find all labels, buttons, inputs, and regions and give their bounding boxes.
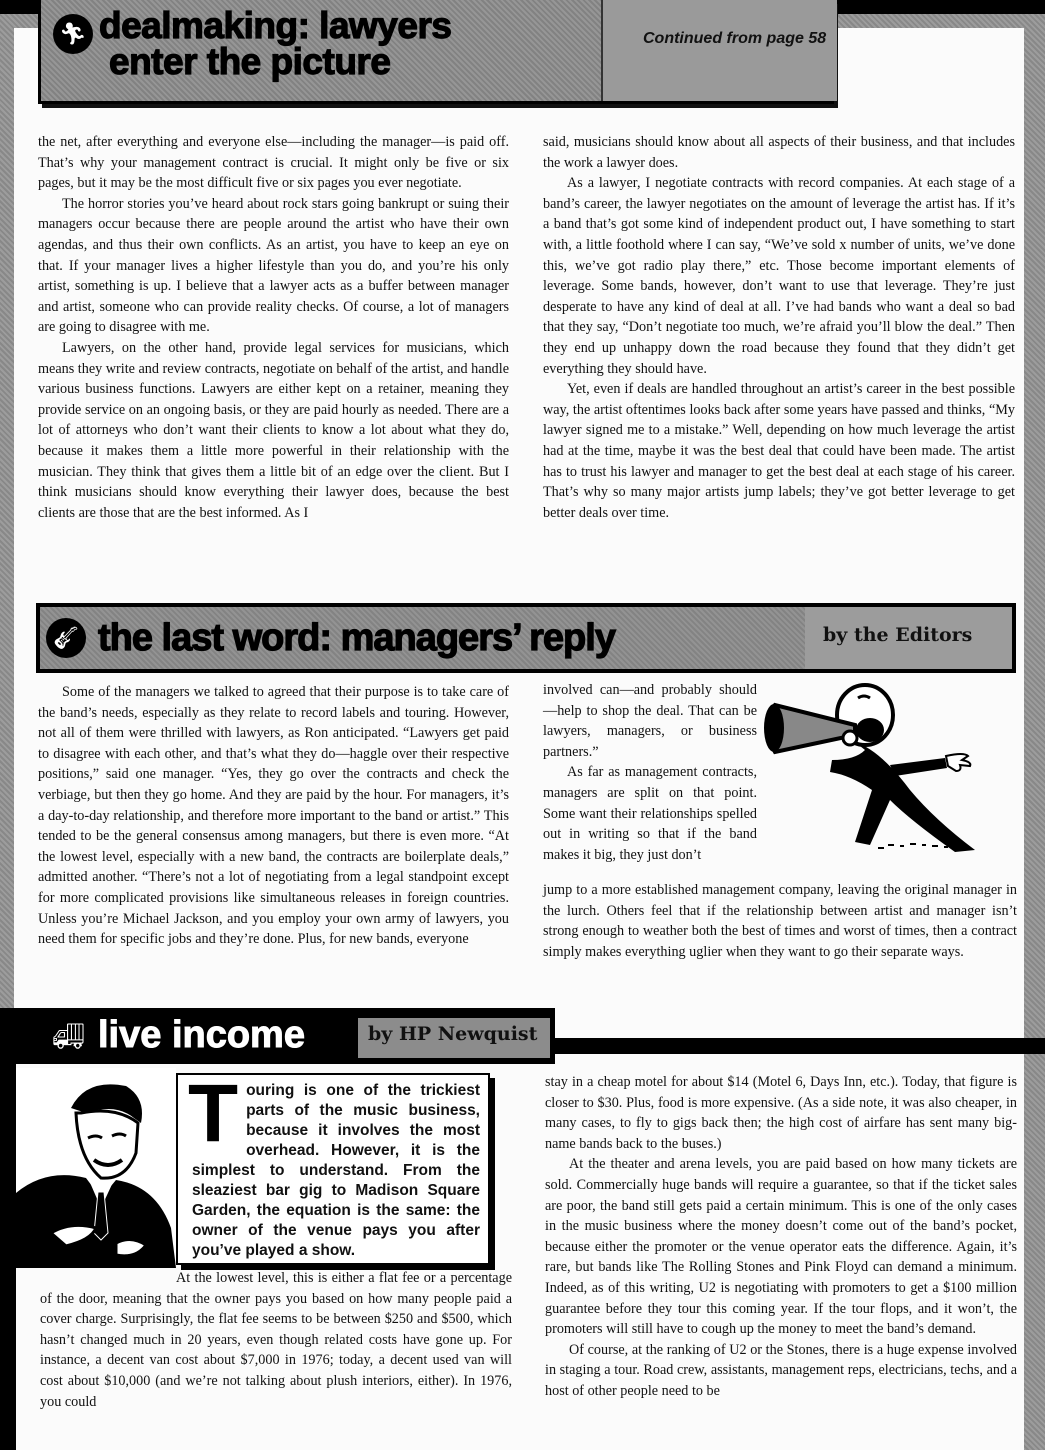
- paragraph: Some of the managers we talked to agreed…: [38, 682, 509, 950]
- article-column-left: the net, after everything and everyone e…: [38, 132, 509, 523]
- drop-cap: T: [188, 1083, 238, 1145]
- article-column-right-wide: jump to a more established management co…: [543, 880, 1017, 962]
- guitarist-figure-icon: 🎸︎: [46, 618, 86, 658]
- article-column-right: stay in a cheap motel for about $14 (Mot…: [545, 1072, 1017, 1402]
- paragraph: involved can—and probably should—help to…: [543, 680, 757, 762]
- paragraph: Of course, at the ranking of U2 or the S…: [545, 1340, 1017, 1402]
- paragraph: Yet, even if deals are handled throughou…: [543, 379, 1015, 523]
- byline: by the Editors: [805, 607, 1012, 669]
- section-title: the last word: managers’ reply: [98, 618, 615, 658]
- running-figure-icon: 🏃︎: [53, 14, 93, 54]
- title-line-2: enter the picture: [99, 44, 619, 80]
- section-title: live income: [98, 1014, 305, 1057]
- paragraph: At the lowest level, this is either a fl…: [40, 1268, 512, 1412]
- left-black-bar: [0, 1008, 16, 1450]
- section-header-last-word: 🎸︎ the last word: managers’ reply by the…: [36, 603, 1016, 673]
- byline: by HP Newquist: [358, 1018, 550, 1058]
- article-column-right: said, musicians should know about all as…: [543, 132, 1015, 523]
- paragraph: said, musicians should know about all as…: [543, 132, 1015, 173]
- section-header-live-income: 🚚︎ live income by HP Newquist: [0, 1008, 1045, 1064]
- paragraph: The horror stories you’ve heard about ro…: [38, 194, 509, 338]
- continued-from-label: Continued from page 58: [643, 30, 826, 48]
- truck-icon: 🚚︎: [52, 1022, 85, 1052]
- continued-box: Continued from page 58: [601, 0, 837, 101]
- section-header-dealmaking: 🏃︎ dealmaking: lawyers enter the picture…: [38, 0, 834, 104]
- article-column-left: At the lowest level, this is either a fl…: [40, 1268, 512, 1412]
- paragraph: At the theater and arena levels, you are…: [545, 1154, 1017, 1339]
- header-rule: [550, 1038, 1045, 1054]
- article-column-right-narrow: involved can—and probably should—help to…: [543, 680, 757, 865]
- section-title: dealmaking: lawyers enter the picture: [99, 8, 619, 80]
- paragraph: As a lawyer, I negotiate contracts with …: [543, 173, 1015, 379]
- pull-quote-box: T ouring is one of the trickiest parts o…: [176, 1073, 490, 1265]
- paragraph: stay in a cheap motel for about $14 (Mot…: [545, 1072, 1017, 1154]
- title-line-1: dealmaking: lawyers: [99, 8, 619, 44]
- paragraph: the net, after everything and everyone e…: [38, 132, 509, 194]
- smiling-businessman-illustration: [16, 1068, 176, 1268]
- paragraph: Lawyers, on the other hand, provide lega…: [38, 338, 509, 523]
- article-column-left: Some of the managers we talked to agreed…: [38, 682, 509, 950]
- megaphone-man-illustration: [760, 680, 1010, 860]
- paragraph: As far as management contracts, managers…: [543, 762, 757, 865]
- paragraph: jump to a more established management co…: [543, 880, 1017, 962]
